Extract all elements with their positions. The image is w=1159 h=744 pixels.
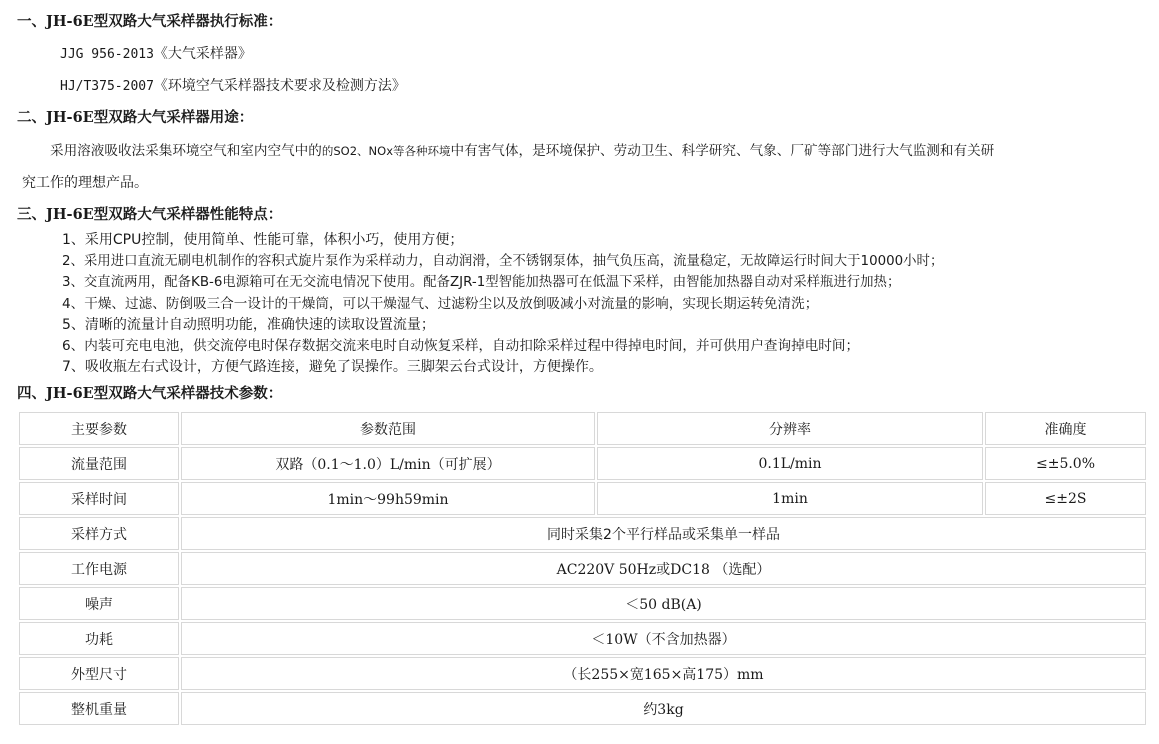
standard-1-name: 《大气采样器》 — [154, 46, 252, 62]
feature-item-2: 2、采用进口直流无刷电机制作的容积式旋片泵作为采样动力，自动润滑，全不锈钢泵体，… — [62, 252, 943, 272]
header-range: 参数范围 — [181, 412, 595, 445]
feature-item-4: 4、干燥、过滤、防倒吸三合一设计的干燥筒，可以干燥湿气、过滤粉尘以及放倒吸减小对… — [62, 294, 818, 314]
header-accuracy: 准确度 — [985, 412, 1146, 445]
param-name: 整机重量 — [19, 692, 179, 725]
table-row: 外型尺寸 （长255×宽165×高175）mm — [19, 657, 1146, 690]
param-range: 双路（0.1～1.0）L/min（可扩展） — [181, 447, 595, 480]
param-value: ＜50 dB(A) — [181, 587, 1146, 620]
section-2-title: 二、JH-6E型双路大气采样器用途： — [17, 108, 253, 128]
param-resolution: 1min — [597, 482, 983, 515]
header-resolution: 分辨率 — [597, 412, 983, 445]
tech-params-table: 主要参数 参数范围 分辨率 准确度 流量范围 双路（0.1～1.0）L/min（… — [17, 410, 1148, 727]
standard-2-code: HJ/T375-2007 — [60, 79, 154, 94]
feature-item-1: 1、采用CPU控制，使用简单、性能可靠，体积小巧，使用方便； — [62, 230, 463, 250]
feature-item-3: 3、交直流两用，配备KB-6电源箱可在无交流电情况下使用。配备ZJR-1型智能加… — [62, 273, 900, 293]
table-row: 工作电源 AC220V 50Hz或DC18 （选配） — [19, 552, 1146, 585]
table-header-row: 主要参数 参数范围 分辨率 准确度 — [19, 412, 1146, 445]
header-param: 主要参数 — [19, 412, 179, 445]
section-3-title: 三、JH-6E型双路大气采样器性能特点： — [17, 205, 282, 225]
usage-text-part-2: 中有害气体，是环境保护、劳动卫生、科学研究、气象、厂矿等部门进行大气监测和有关研 — [451, 143, 995, 159]
feature-item-5: 5、清晰的流量计自动照明功能，准确快速的读取设置流量； — [62, 315, 435, 335]
param-value: ＜10W（不含加热器） — [181, 622, 1146, 655]
param-resolution: 0.1L/min — [597, 447, 983, 480]
feature-item-6: 6、内装可充电电池，供交流停电时保存数据交流来电时自动恢复采样，自动扣除采样过程… — [62, 336, 859, 356]
standard-1: JJG 956-2013《大气采样器》 — [60, 44, 252, 65]
standard-2: HJ/T375-2007《环境空气采样器技术要求及检测方法》 — [60, 76, 406, 97]
table-row: 流量范围 双路（0.1～1.0）L/min（可扩展） 0.1L/min ≤±5.… — [19, 447, 1146, 480]
param-value: 约3kg — [181, 692, 1146, 725]
param-accuracy: ≤±5.0% — [985, 447, 1146, 480]
usage-text-gases: 的SO2、NOx等各种环境 — [322, 144, 451, 158]
param-name: 采样方式 — [19, 517, 179, 550]
table-row: 整机重量 约3kg — [19, 692, 1146, 725]
param-range: 1min～99h59min — [181, 482, 595, 515]
feature-item-7: 7、吸收瓶左右式设计，方便气路连接，避免了误操作。三脚架云台式设计，方便操作。 — [62, 357, 603, 377]
param-name: 工作电源 — [19, 552, 179, 585]
usage-paragraph-line-2: 究工作的理想产品。 — [22, 173, 148, 193]
standard-1-code: JJG 956-2013 — [60, 47, 154, 62]
param-name: 噪声 — [19, 587, 179, 620]
param-value: AC220V 50Hz或DC18 （选配） — [181, 552, 1146, 585]
param-name: 功耗 — [19, 622, 179, 655]
usage-paragraph-line-1: 采用溶液吸收法采集环境空气和室内空气中的的SO2、NOx等各种环境中有害气体，是… — [50, 141, 994, 161]
section-4-title: 四、JH-6E型双路大气采样器技术参数： — [17, 384, 282, 404]
table-row: 功耗 ＜10W（不含加热器） — [19, 622, 1146, 655]
table-row: 采样方式 同时采集2个平行样品或采集单一样品 — [19, 517, 1146, 550]
table-row: 噪声 ＜50 dB(A) — [19, 587, 1146, 620]
param-accuracy: ≤±2S — [985, 482, 1146, 515]
param-name: 外型尺寸 — [19, 657, 179, 690]
param-value: 同时采集2个平行样品或采集单一样品 — [181, 517, 1146, 550]
standard-2-name: 《环境空气采样器技术要求及检测方法》 — [154, 78, 406, 94]
usage-text-part-1: 采用溶液吸收法采集环境空气和室内空气中的 — [50, 143, 322, 159]
param-name: 采样时间 — [19, 482, 179, 515]
param-name: 流量范围 — [19, 447, 179, 480]
param-value: （长255×宽165×高175）mm — [181, 657, 1146, 690]
table-row: 采样时间 1min～99h59min 1min ≤±2S — [19, 482, 1146, 515]
section-1-title: 一、JH-6E型双路大气采样器执行标准： — [17, 12, 282, 32]
